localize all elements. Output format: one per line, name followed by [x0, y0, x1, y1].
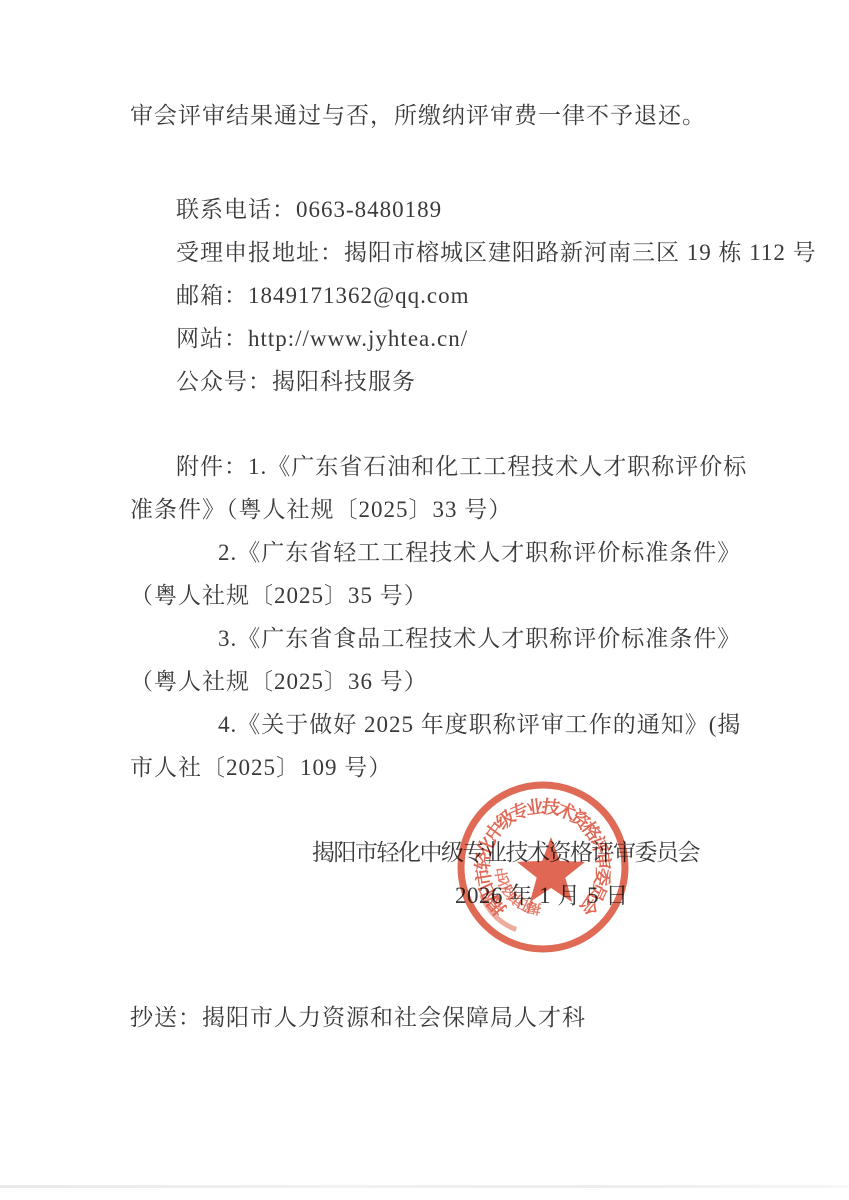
- attachment-line-6: （粤人社规〔2025〕36 号）: [130, 660, 750, 703]
- attachment-line-3: 2.《广东省轻工工程技术人才职称评价标准条件》: [130, 531, 750, 574]
- attachment-line-1: 附件：1.《广东省石油和化工工程技术人才职称评价标: [130, 445, 750, 488]
- attachment-line-2: 准条件》（粤人社规〔2025〕33 号）: [130, 488, 750, 531]
- cc-line: 抄送：揭阳市人力资源和社会保障局人才科: [130, 996, 750, 1039]
- contact-phone: 联系电话：0663-8480189: [130, 188, 750, 231]
- contact-address: 受理申报地址：揭阳市榕城区建阳路新河南三区 19 栋 112 号: [130, 231, 750, 274]
- document-content: 审会评审结果通过与否，所缴纳评审费一律不予退还。 联系电话：0663-84801…: [130, 94, 750, 1039]
- attachment-line-5: 3.《广东省食品工程技术人才职称评价标准条件》: [130, 617, 750, 660]
- document-page: 审会评审结果通过与否，所缴纳评审费一律不予退还。 联系电话：0663-84801…: [0, 0, 849, 1200]
- scan-edge-artifact: [0, 1185, 849, 1188]
- paragraph-continuation: 审会评审结果通过与否，所缴纳评审费一律不予退还。: [130, 94, 750, 137]
- contact-email: 邮箱：1849171362@qq.com: [130, 274, 750, 317]
- attachment-line-4: （粤人社规〔2025〕35 号）: [130, 574, 750, 617]
- contact-wechat: 公众号：揭阳科技服务: [130, 360, 750, 403]
- signature-date: 2026 年 1 月 5 日: [130, 874, 750, 917]
- contact-website: 网站：http://www.jyhtea.cn/: [130, 317, 750, 360]
- attachment-line-8: 市人社〔2025〕109 号）: [130, 746, 750, 789]
- attachment-line-7: 4.《关于做好 2025 年度职称评审工作的通知》(揭: [130, 703, 750, 746]
- signature-committee: 揭阳市轻化中级专业技术资格评审委员会: [130, 831, 750, 874]
